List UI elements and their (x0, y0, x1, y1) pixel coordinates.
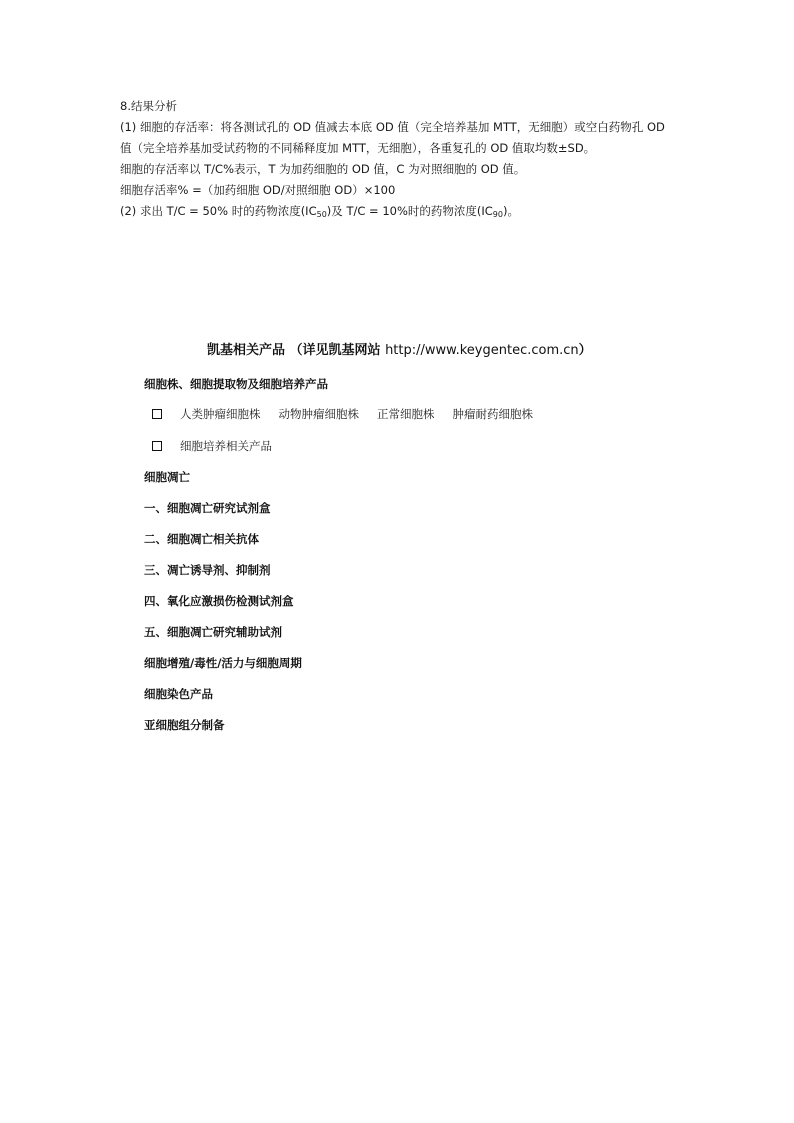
checkbox-icon (152, 409, 162, 419)
category-apoptosis: 细胞凋亡 (144, 469, 190, 485)
ic-text-part1: (2) 求出 T/C = 50% 时的药物浓度(IC (120, 204, 317, 218)
survival-formula: 细胞存活率% =（加药细胞 OD/对照细胞 OD）×100 (120, 183, 395, 197)
ic90-subscript: 90 (493, 210, 503, 219)
category-cell-lines: 细胞株、细胞提取物及细胞培养产品 (144, 376, 328, 392)
paragraph-survival-rate-line2: 值（完全培养基加受试药物的不同稀释度加 MTT，无细胞），各重复孔的 OD 值取… (120, 141, 595, 155)
products-heading-text: 凯基相关产品 （详见凯基网站 (207, 343, 381, 358)
category-staining: 细胞染色产品 (144, 686, 213, 702)
list-item: 肿瘤耐药细胞株 (453, 406, 534, 422)
category-oxidative-stress: 四、氧化应激损伤检测试剂盒 (144, 593, 294, 609)
category-apoptosis-kits: 一、细胞凋亡研究试剂盒 (144, 500, 271, 516)
document-page: 8.结果分析 (1) 细胞的存活率：将各测试孔的 OD 值减去本底 OD 值（完… (0, 0, 794, 1123)
culture-list: 细胞培养相关产品 (152, 438, 272, 454)
paragraph-survival-rate-line1: (1) 细胞的存活率：将各测试孔的 OD 值减去本底 OD 值（完全培养基加 M… (120, 120, 665, 134)
products-heading: 凯基相关产品 （详见凯基网站 http://www.keygentec.com.… (207, 339, 592, 358)
website-link[interactable]: http://www.keygentec.com.cn (385, 343, 579, 358)
list-item: 动物肿瘤细胞株 (279, 406, 360, 422)
products-heading-close: ） (579, 343, 592, 358)
ic50-subscript: 50 (317, 210, 327, 219)
category-subcellular: 亚细胞组分制备 (144, 717, 225, 733)
cell-line-list: 人类肿瘤细胞株 动物肿瘤细胞株 正常细胞株 肿瘤耐药细胞株 (152, 406, 533, 422)
list-item: 细胞培养相关产品 (180, 438, 272, 454)
ic-text-part2: )及 T/C = 10%时的药物浓度(IC (327, 204, 493, 218)
category-apoptosis-antibodies: 二、细胞凋亡相关抗体 (144, 531, 259, 547)
paragraph-tc-definition: 细胞的存活率以 T/C%表示，T 为加药细胞的 OD 值，C 为对照细胞的 OD… (120, 162, 525, 176)
paragraph-ic-values: (2) 求出 T/C = 50% 时的药物浓度(IC50)及 T/C = 10%… (120, 204, 519, 222)
category-auxiliary-reagents: 五、细胞凋亡研究辅助试剂 (144, 624, 282, 640)
list-item: 人类肿瘤细胞株 (180, 406, 261, 422)
section-title: 8.结果分析 (120, 99, 177, 113)
checkbox-icon (152, 441, 162, 451)
list-item: 正常细胞株 (377, 406, 435, 422)
ic-text-part3: )。 (503, 204, 519, 218)
category-inducers-inhibitors: 三、凋亡诱导剂、抑制剂 (144, 562, 271, 578)
category-proliferation: 细胞增殖/毒性/活力与细胞周期 (144, 655, 302, 671)
